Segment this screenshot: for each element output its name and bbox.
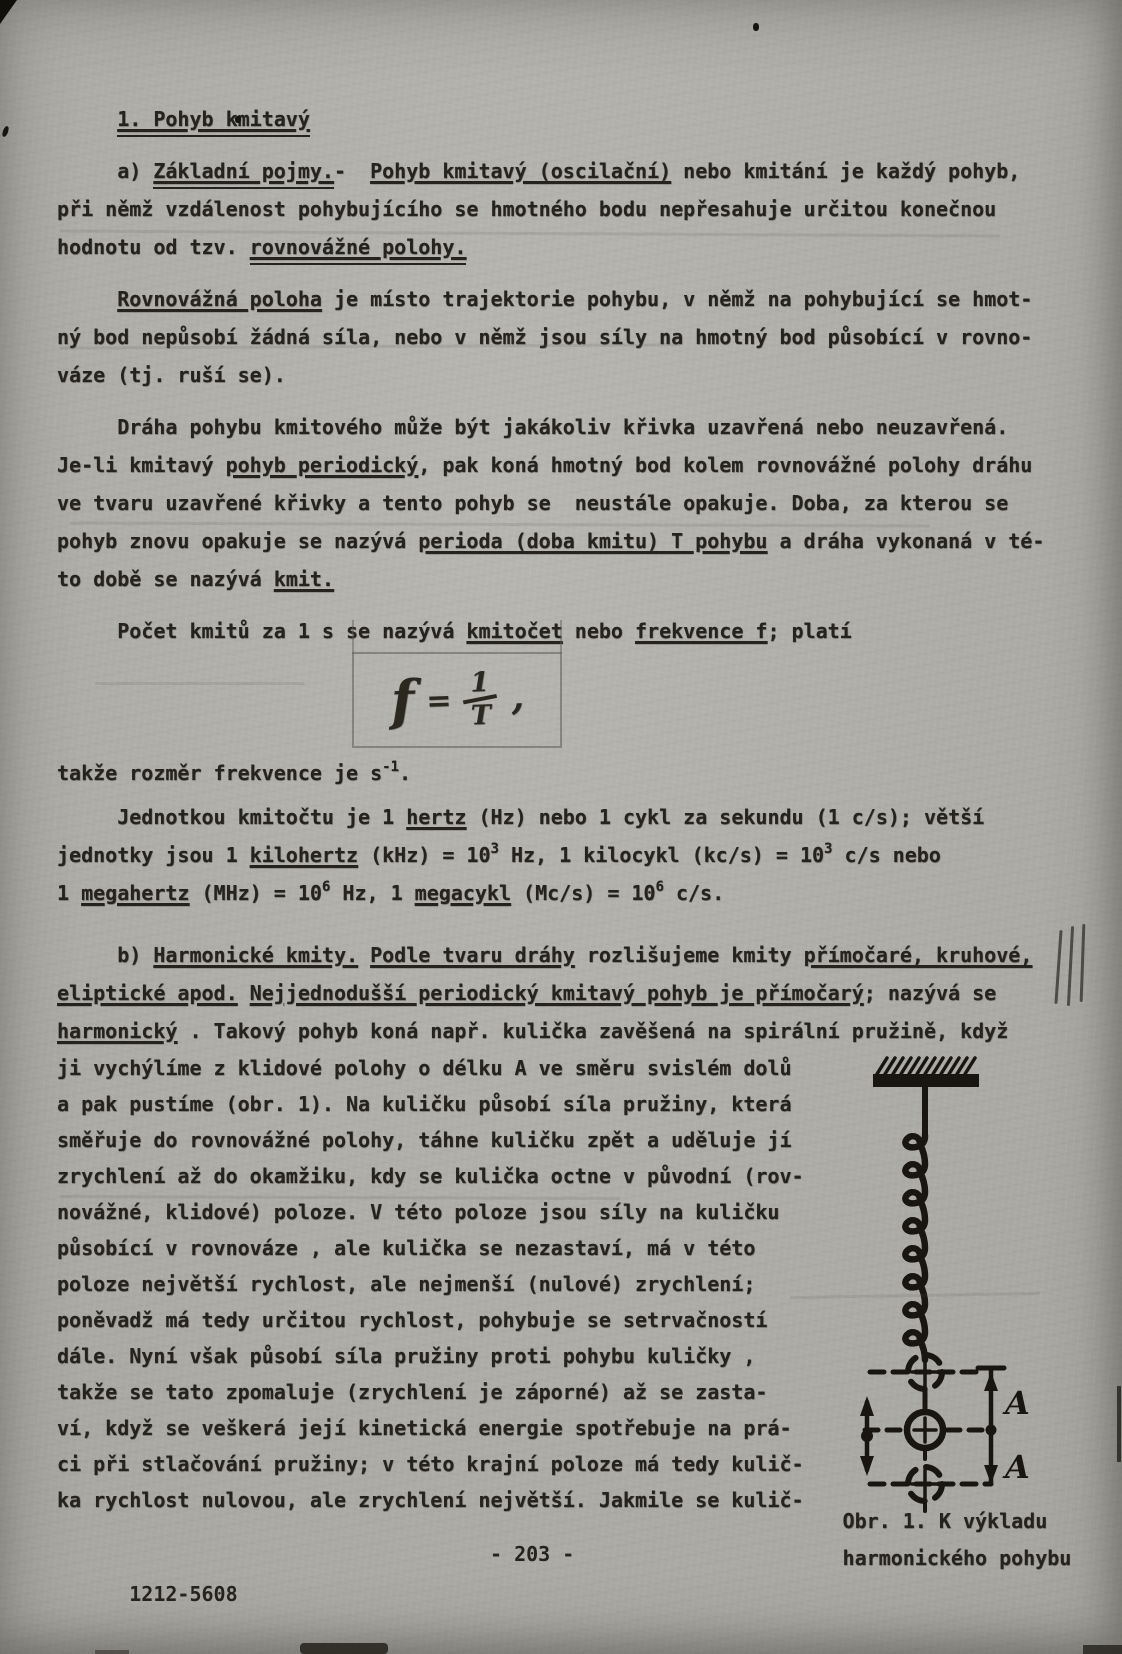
text-line: směřuje do rovnovážné polohy, táhne kuli… xyxy=(57,1122,804,1158)
paragraph-equilibrium-position: Rovnovážná poloha je místo trajektorie p… xyxy=(57,280,1087,394)
text-line: pohyb znovu opakuje se nazývá perioda (d… xyxy=(57,522,1087,560)
text-line: takže rozměr frekvence je s-1. xyxy=(57,754,1087,792)
text-line: a pak pustíme (obr. 1). Na kuličku působ… xyxy=(57,1086,804,1122)
paragraph-spring-ball: ji vychýlíme z klidové polohy o délku A … xyxy=(57,1050,804,1518)
spring-coil-icon xyxy=(905,1136,925,1360)
paragraph-hertz-units: Jednotkou kmitočtu je 1 hertz (Hz) nebo … xyxy=(57,798,1087,912)
ball-bottom-position xyxy=(870,1467,991,1501)
text-line: ji vychýlíme z klidové polohy o délku A … xyxy=(57,1050,804,1086)
ball-equilibrium-position xyxy=(865,1412,985,1448)
text-line: 1 megahertz (MHz) = 106 Hz, 1 megacykl (… xyxy=(57,874,1087,912)
page-content: 1. Pohyb kmitavý a) Základní pojmy.- Poh… xyxy=(57,100,1087,1574)
bottom-smudge xyxy=(95,1650,129,1654)
amplitude-label-lower: A xyxy=(1002,1448,1030,1486)
text-line: Jednotkou kmitočtu je 1 hertz (Hz) nebo … xyxy=(57,798,1087,836)
formula-comma: , xyxy=(510,675,524,717)
text-line: to době se nazývá kmit. xyxy=(57,560,1087,598)
amplitude-label-upper: A xyxy=(1002,1384,1030,1422)
text-line: ci při stlačování pružiny; v této krajní… xyxy=(57,1446,804,1482)
figure-obr-1: A A Obr. 1. K výkladu harmonického pohyb… xyxy=(814,1050,1087,1518)
text-line: ka rychlost nulovou, ale zrychlení nejvě… xyxy=(57,1482,804,1518)
amplitude-measure xyxy=(978,1368,1004,1484)
paragraph-harmonic-oscillations: b) Harmonické kmity. Podle tvaru dráhy r… xyxy=(57,936,1087,1050)
text-line: poněvadž má tedy určitou rychlost, pohyb… xyxy=(57,1302,804,1338)
text-line: při němž vzdálenost pohybujícího se hmot… xyxy=(57,190,1087,228)
formula-fraction: 1 T xyxy=(462,669,498,729)
formula-lhs: f xyxy=(390,672,415,727)
bottom-smudge xyxy=(300,1643,388,1654)
text-line: ví, když se veškerá její kinetická energ… xyxy=(57,1410,804,1446)
paragraph-frequency-intro: Počet kmitů za 1 s se nazývá kmitočet ne… xyxy=(57,612,1087,650)
text-line: zrychlení až do okamžiku, kdy se kulička… xyxy=(57,1158,804,1194)
text-line: působící v rovnováze , ale kulička se ne… xyxy=(57,1230,804,1266)
page-footer: 1212-5608 - 203 - xyxy=(57,1534,1087,1574)
spring-oscillator-figure: A A xyxy=(815,1050,1047,1528)
formula-denominator: T xyxy=(470,701,491,729)
text-line: 1. Pohyb kmitavý xyxy=(57,100,1087,138)
pencil-box: f = 1 T , xyxy=(352,652,562,748)
text-line: novážné, klidové) poloze. V této poloze … xyxy=(57,1194,804,1230)
paragraph-frequency-dimension: takže rozměr frekvence je s-1. xyxy=(57,754,1087,792)
frequency-formula: f = 1 T , xyxy=(390,668,525,732)
edge-mark xyxy=(1117,1386,1121,1462)
ink-speck xyxy=(1,125,9,137)
text-line: harmonický . Takový pohyb koná např. kul… xyxy=(57,1012,1087,1050)
text-line: poloze největší rychlost, ale nejmenší (… xyxy=(57,1266,804,1302)
text-line: b) Harmonické kmity. Podle tvaru dráhy r… xyxy=(57,936,1087,974)
formula-numerator: 1 xyxy=(469,669,489,696)
scanned-document-page: 1. Pohyb kmitavý a) Základní pojmy.- Poh… xyxy=(0,0,1122,1654)
ink-speck xyxy=(235,116,241,123)
paragraph-trajectory-period: Dráha pohybu kmitového může být jakákoli… xyxy=(57,408,1087,598)
document-number: 1212-5608 xyxy=(129,1582,237,1606)
oscillation-arrow xyxy=(860,1396,874,1476)
two-column-section: ji vychýlíme z klidové polohy o délku A … xyxy=(57,1050,1087,1518)
page-number: - 203 - xyxy=(490,1534,574,1574)
text-line: dále. Nyní však působí síla pružiny prot… xyxy=(57,1338,804,1374)
text-line: eliptické apod. Nejjednodušší periodický… xyxy=(57,974,1087,1012)
ceiling-hatch-icon xyxy=(877,1058,975,1074)
ink-speck xyxy=(753,23,759,31)
text-line: váze (tj. ruší se). xyxy=(57,356,1087,394)
text-line: ve tvaru uzavřené křivky a tento pohyb s… xyxy=(57,484,1087,522)
pencil-smudge xyxy=(95,682,305,685)
text-line: Je-li kmitavý pohyb periodický, pak koná… xyxy=(57,446,1087,484)
paragraph-basic-terms: a) Základní pojmy.- Pohyb kmitavý (oscil… xyxy=(57,152,1087,266)
text-line: Rovnovážná poloha je místo trajektorie p… xyxy=(57,280,1087,318)
text-line: jednotky jsou 1 kilohertz (kHz) = 103 Hz… xyxy=(57,836,1087,874)
section-heading: 1. Pohyb kmitavý xyxy=(57,100,1087,138)
corner-ink-mark xyxy=(0,0,17,24)
bottom-smudge xyxy=(1083,1645,1122,1654)
text-line: Dráha pohybu kmitového může být jakákoli… xyxy=(57,408,1087,446)
formula-equals: = xyxy=(425,683,451,719)
text-line: takže se tato zpomaluje (zrychlení je zá… xyxy=(57,1374,804,1410)
text-line: a) Základní pojmy.- Pohyb kmitavý (oscil… xyxy=(57,152,1087,190)
text-line: ný bod nepůsobí žádná síla, nebo v němž … xyxy=(57,318,1087,356)
text-line: Počet kmitů za 1 s se nazývá kmitočet ne… xyxy=(57,612,1087,650)
